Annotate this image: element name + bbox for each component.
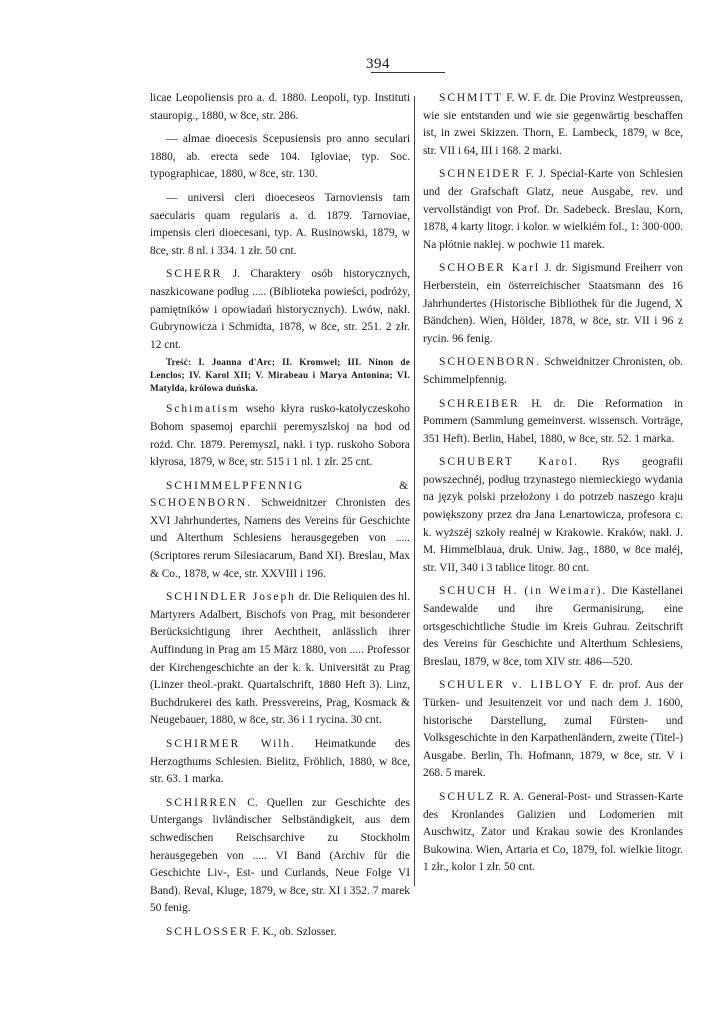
header-rule: [371, 72, 445, 73]
bibliography-entry: SCHUCH H. (in Weimar). Die Kastellanei S…: [423, 583, 683, 671]
entry-text: J. Charaktery osób historycznych, naszki…: [150, 268, 410, 350]
speck: [172, 907, 174, 909]
bibliography-entry: SCHERR J. Charaktery osób historycznych,…: [150, 266, 410, 354]
bibliography-entry: SCHIRMER Wilh. Heimatkunde des Herzogthu…: [150, 736, 410, 789]
bibliography-entry: SCHULER v. LIBLOY F. dr. prof. Aus der T…: [423, 677, 683, 783]
entry-heading: SCHOENBORN.: [439, 356, 541, 368]
bibliography-entry: SCHOENBORN. Schweidnitzer Chronisten, ob…: [423, 354, 683, 389]
entry-text: licae Leopoliensis pro a. d. 1880. Leopo…: [150, 92, 410, 122]
entry-heading: SCHREIBER: [439, 398, 520, 410]
bibliography-entry: licae Leopoliensis pro a. d. 1880. Leopo…: [150, 90, 410, 125]
bibliography-entry: SCHOBER Karl J. dr. Sigismund Freiherr v…: [423, 260, 683, 348]
entry-heading: SCHIRREN: [166, 797, 238, 809]
entry-heading: SCHINDLER Joseph: [166, 591, 296, 603]
entry-heading: SCHERR: [166, 268, 222, 280]
bibliography-entry: SCHINDLER Joseph dr. Die Reliquien des h…: [150, 589, 410, 730]
bibliography-entry: SCHIMMELPFENNIG & SCHOENBORN. Schweidnit…: [150, 478, 410, 584]
entry-text: Schweidnitzer Chronisten des XVI Jahrhun…: [150, 497, 410, 579]
entry-heading: SCHNEIDER: [439, 168, 521, 180]
bibliography-entry: Schimatism wseho kłyra rusko-katołyczesk…: [150, 401, 410, 471]
entry-heading: SCHLOSSER: [166, 926, 249, 938]
column-divider: [414, 96, 415, 886]
entry-text: J. dr. Sigismund Freiherr von Herberstei…: [423, 262, 683, 344]
entry-heading: SCHUBERT Karol.: [439, 456, 579, 468]
entry-heading: SCHUCH H. (in Weimar).: [439, 585, 607, 597]
bibliography-entry: SCHLOSSER F. K., ob. Szlosser.: [150, 924, 410, 942]
entry-heading: SCHULZ: [439, 791, 495, 803]
bibliography-entry: — universi cleri dioeceseos Tarnoviensis…: [150, 190, 410, 260]
entry-heading: SCHMITT: [439, 92, 503, 104]
entry-text: — almae dioecesis Scepusiensis pro anno …: [150, 133, 410, 180]
entry-text: — universi cleri dioeceseos Tarnoviensis…: [150, 192, 410, 257]
entry-text: Rys geografii powszechnéj, podług trzyna…: [423, 456, 683, 574]
bibliography-entry: SCHNEIDER F. J. Special-Karte von Schles…: [423, 166, 683, 254]
entry-text: dr. Die Reliquien des hl. Martyrers Adal…: [150, 591, 410, 726]
entry-heading: SCHULER v. LIBLOY: [439, 679, 584, 691]
page-number: 394: [366, 56, 390, 73]
entry-text: C. Quellen zur Geschichte des Untergangs…: [150, 797, 410, 915]
entry-heading: SCHOBER Karl: [439, 262, 540, 274]
entry-text: Die Kastellanei Sandewalde und ihre Germ…: [423, 585, 683, 667]
right-column: SCHMITT F. W. F. dr. Die Provinz Westpre…: [423, 90, 683, 883]
bibliography-entry: SCHREIBER H. dr. Die Reformation in Pomm…: [423, 396, 683, 449]
bibliography-entry: SCHUBERT Karol. Rys geografii powszechné…: [423, 454, 683, 577]
contents-note: Treść: I. Joanna d'Arc; II. Kromwel; III…: [150, 356, 410, 395]
entry-text: R. A. General-Post- und Strassen-Karte d…: [423, 791, 683, 873]
bibliography-entry: SCHULZ R. A. General-Post- und Strassen-…: [423, 789, 683, 877]
bibliography-entry: — almae dioecesis Scepusiensis pro anno …: [150, 131, 410, 184]
bibliography-entry: SCHMITT F. W. F. dr. Die Provinz Westpre…: [423, 90, 683, 160]
entry-heading: SCHIRMER Wilh.: [166, 738, 296, 750]
entry-heading: Schimatism: [166, 403, 240, 415]
bibliography-entry: SCHIRREN C. Quellen zur Geschichte des U…: [150, 795, 410, 918]
left-column: licae Leopoliensis pro a. d. 1880. Leopo…: [150, 90, 410, 948]
entry-text: F. J. Special-Karte von Schlesien und de…: [423, 168, 683, 250]
entry-text: F. K., ob. Szlosser.: [249, 926, 337, 938]
entry-text: F. dr. prof. Aus der Türken- und Jesuite…: [423, 679, 683, 779]
